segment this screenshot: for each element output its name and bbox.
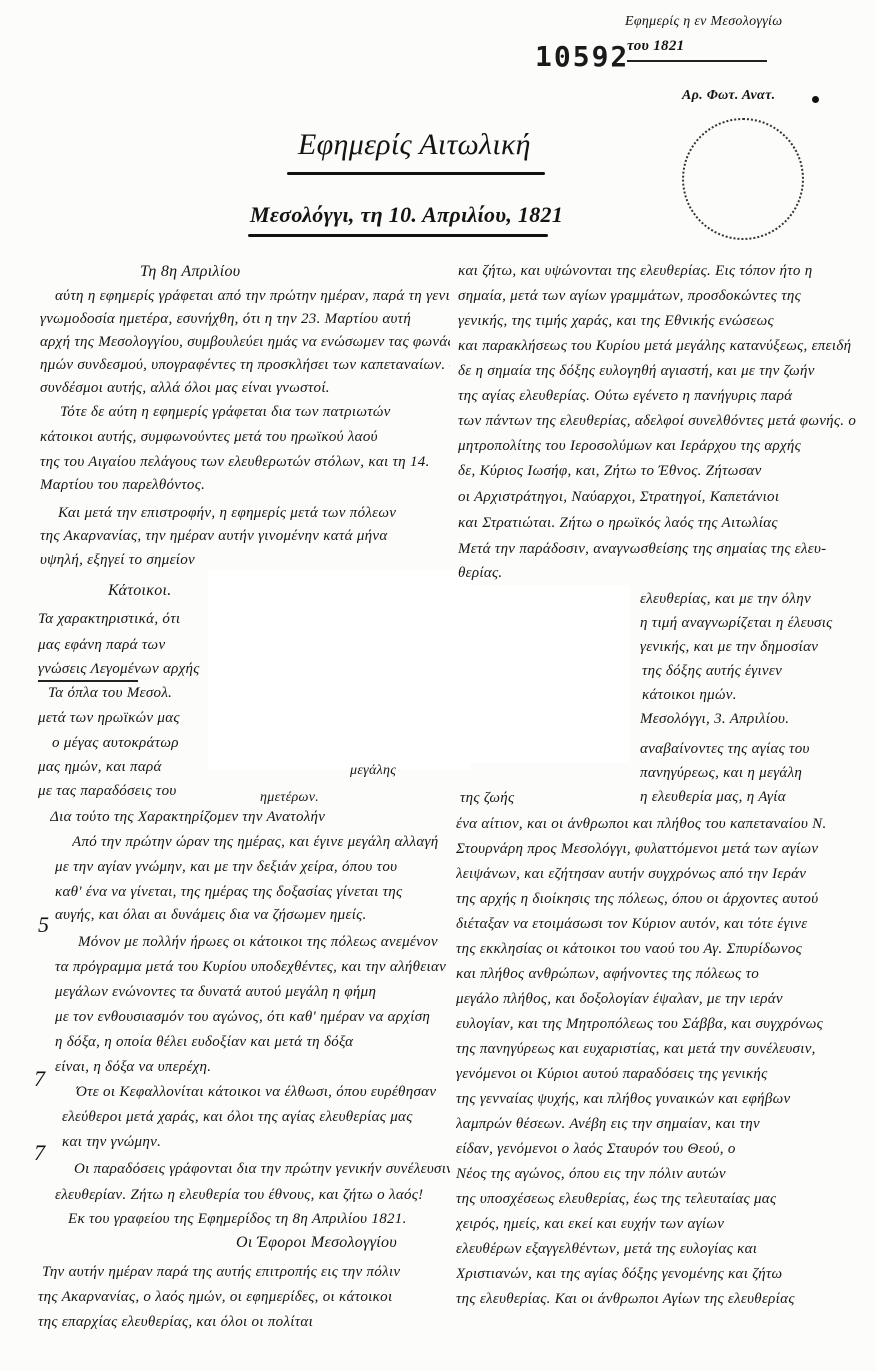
left-line: μεγάλων ενώνοντες τα δυνατά αυτού μεγάλη… [55, 983, 450, 1001]
left-line: αυγής, και όλαι αι δυνάμεις δια να ζήσωμ… [55, 906, 385, 924]
masthead-dateline-underline [248, 234, 548, 237]
left-line: Τότε δε αύτη η εφημερίς γράφεται δια των… [60, 403, 450, 421]
right-fragment-line: η τιμή αναγνωρίζεται η έλευσις [640, 614, 858, 632]
fragment-underline [38, 680, 138, 682]
archive-number: 10592 [535, 40, 629, 73]
left-line: Δια τούτο της Χαρακτηρίζομεν την Ανατολή… [50, 808, 450, 826]
right-fragment-line: Μεσολόγγι, 3. Απριλίου. [640, 710, 858, 728]
left-line: Μόνον με πολλήν ήρωες οι κάτοικοι της πό… [78, 933, 450, 951]
right-line: μεγάλο πλήθος, και δοξολογίαν έψαλαν, με… [456, 990, 858, 1008]
fragment-line: μας ημών, και παρά [38, 758, 208, 776]
fragment-heading: Κάτοικοι. [108, 582, 172, 600]
masthead-title-underline [287, 172, 545, 175]
right-line: είδαν, γενόμενοι ο λαός Σταυρόν του Θεού… [456, 1140, 858, 1158]
left-line: Και μετά την επιστροφήν, η εφημερίς μετά… [58, 504, 450, 522]
left-section-heading: Τη 8η Απριλίου [140, 263, 240, 281]
right-line: γενόμενοι οι Κύριοι αυτού παραδόσεις της… [456, 1065, 858, 1083]
right-line: και Στρατιώται. Ζήτω ο ηρωϊκός λαός της … [458, 514, 858, 532]
right-line: ελευθέρων εξαγγελθέντων, μετά της ευλογί… [456, 1240, 858, 1258]
right-line: και ζήτω, και υψώνονται της ελευθερίας. … [458, 262, 858, 280]
right-line: λαμπρών θέσεων. Ανέβη εις την σημαίαν, κ… [456, 1115, 858, 1133]
archive-note-line1: Εφημερίς η εν Μεσολογγίω [625, 14, 782, 30]
right-line: και πλήθος ανθρώπων, αφήνοντες της πόλεω… [456, 965, 858, 983]
right-line: Χριστιανών, και της αγίας δόξης γενομένη… [456, 1265, 858, 1283]
right-line: Μετά την παράδοσιν, αναγνωσθείσης της ση… [458, 540, 858, 558]
right-line: θερίας. [458, 564, 578, 582]
right-line: ευλογίαν, και της Μητροπόλεως του Σάββα,… [456, 1015, 858, 1033]
left-line: Οι παραδόσεις γράφονται δια την πρώτην γ… [74, 1160, 450, 1178]
right-line: της εκκλησίας οι κάτοικοι του ναού του Α… [456, 940, 858, 958]
masthead-dateline: Μεσολόγγι, τη 10. Απριλίου, 1821 [250, 202, 563, 228]
left-line: Εκ του γραφείου της Εφημερίδος τη 8η Απρ… [68, 1210, 450, 1228]
left-line: η δόξα, η οποία θέλει ευδοξίαν και μετά … [55, 1033, 450, 1051]
right-fragment-line: της δόξης αυτής έγινεν [642, 662, 858, 680]
right-line: Στουρνάρη προς Μεσολόγγι, φυλαττόμενοι μ… [456, 840, 858, 858]
right-line: Νέος της αγώνος, όπου εις την πόλιν αυτώ… [456, 1165, 858, 1183]
fragment-line: μετά των ηρωϊκών μας [38, 709, 208, 727]
right-line: της γενναίας ψυχής, και πλήθος γυναικών … [456, 1090, 858, 1108]
center-fragment: ημετέρων. [260, 790, 319, 806]
right-line: δε η σημαία της δόξης ευλογηθή αγιαστή, … [458, 362, 858, 380]
margin-mark: 7 [34, 1140, 45, 1166]
fragment-line: με τας παραδόσεις του [38, 782, 208, 800]
right-line: και παρακλήσεως του Κυρίου μετά μεγάλης … [458, 337, 858, 355]
left-line: με τον ενθουσιασμόν του αγώνος, ότι καθ'… [55, 1008, 450, 1026]
right-line: δε, Κύριος Ιωσήφ, και, Ζήτω το Έθνος. Ζή… [458, 462, 858, 480]
right-fragment-line: γενικής, και με την δημοσίαν [640, 638, 858, 656]
masthead-title: Εφημερίς Αιτωλική [298, 128, 531, 162]
left-line: Την αυτήν ημέραν παρά της αυτής επιτροπή… [42, 1263, 452, 1281]
margin-mark: 7 [34, 1066, 45, 1092]
left-line: ημών συνδεσμού, υπογραφέντες τη προσκλήσ… [40, 356, 450, 374]
archive-stamp-icon [682, 118, 804, 240]
right-fragment-line: κάτοικοι ημών. [642, 686, 858, 704]
left-line: Ότε οι Κεφαλλονίται κάτοικοι να έλθωσι, … [76, 1083, 450, 1101]
left-line: είναι, η δόξα να υπερέχη. [55, 1058, 355, 1076]
right-fragment-line: ελευθερίας, και με την όλην [640, 590, 858, 608]
left-line: και την γνώμην. [62, 1133, 262, 1151]
manuscript-page: 10592 Εφημερίς η εν Μεσολογγίω του 1821 … [0, 0, 876, 1371]
left-line: αύτη η εφημερίς γράφεται από την πρώτην … [55, 287, 450, 305]
right-line: λειψάνων, και εζήτησαν αυτήν συγχρόνως α… [456, 865, 858, 883]
right-fragment-line: πανηγύρεως, και η μεγάλη [640, 764, 858, 782]
archive-note-line2: του 1821 [627, 38, 684, 55]
left-line: της Ακαρνανίας, την ημέραν αυτήν γινομέν… [40, 527, 450, 545]
fragment-line: μας εφάνη παρά των [38, 636, 208, 654]
right-line: της αρχής η διοίκησις της πόλεως, όπου ο… [456, 890, 858, 908]
margin-mark: 5 [38, 912, 49, 938]
blank-region [208, 570, 470, 770]
right-line: οι Αρχιστράτηγοι, Ναύαρχοι, Στρατηγοί, Κ… [458, 488, 858, 506]
left-line: της Ακαρνανίας, ο λαός ημών, οι εφημερίδ… [38, 1288, 452, 1306]
archive-note-underline [627, 60, 767, 62]
left-line: της του Αιγαίου πελάγους των ελευθερωτών… [40, 453, 450, 471]
right-line: της ελευθερίας. Και οι άνθρωποι Αγίων τη… [456, 1290, 858, 1308]
left-line: ελεύθεροι μετά χαράς, και όλοι της αγίας… [62, 1108, 450, 1126]
fragment-line: Τα όπλα του Μεσολ. [48, 684, 208, 702]
right-fragment-line: αναβαίνοντες της αγίας του [640, 740, 858, 758]
fragment-line: γνώσεις Λεγομένων αρχής [38, 660, 208, 678]
right-line: χειρός, ημείς, και εκεί και ευχήν των αγ… [456, 1215, 858, 1233]
right-line: της υποσχέσεως ελευθερίας, έως της τελευ… [456, 1190, 858, 1208]
left-line: υψηλή, εξηγεί το σημείον [40, 551, 200, 569]
blank-region [470, 585, 630, 763]
fragment-line: Τα χαρακτηριστικά, ότι [38, 610, 208, 628]
right-line: διέταξαν να ετοιμάσωσι τον Κύριον αυτόν,… [456, 915, 858, 933]
left-line: ελευθερίαν. Ζήτω η ελευθερία του έθνους,… [55, 1186, 450, 1204]
archive-note-line3: Αρ. Φωτ. Ανατ. [682, 88, 775, 104]
left-line: καθ' ένα να γίνεται, της ημέρας της δοξα… [55, 883, 450, 901]
left-line: γνωμοδοσία ημετέρα, εσυνήχθη, ότι η την … [40, 310, 450, 328]
left-line: κάτοικοι αυτής, συμφωνούντες μετά του ηρ… [40, 428, 450, 446]
left-line: τα πρόγραμμα μετά του Κυρίου υποδεχθέντε… [55, 958, 450, 976]
right-line: σημαία, μετά των αγίων γραμμάτων, προσδο… [458, 287, 858, 305]
fragment-line: ο μέγας αυτοκράτωρ [52, 734, 208, 752]
right-line: της πανηγύρεως και ευχαριστίας, και μετά… [456, 1040, 858, 1058]
ink-dot [812, 96, 819, 103]
signature: Οι Έφοροι Μεσολογγίου [236, 1234, 397, 1252]
right-line: της αγίας ελευθερίας. Ούτω εγένετο η παν… [458, 387, 858, 405]
right-lower-start: της ζωής [460, 790, 514, 807]
left-line: αρχή της Μεσολογγίου, συμβουλεύει ημάς ν… [40, 333, 450, 351]
right-line: γενικής, της τιμής χαράς, και της Εθνική… [458, 312, 858, 330]
right-line: των πάντων της ελευθερίας, αδελφοί συνελ… [458, 412, 858, 430]
right-line: ένα αίτιον, και οι άνθρωποι και πλήθος τ… [456, 815, 858, 833]
right-fragment-line: η ελευθερία μας, η Αγία [640, 788, 858, 806]
left-line: με την αγίαν γνώμην, και με την δεξιάν χ… [55, 858, 450, 876]
left-line: Από την πρώτην ώραν της ημέρας, και έγιν… [72, 833, 452, 851]
left-line: συνδέσμοι αυτής, αλλά όλοι μας είναι γνω… [40, 379, 340, 397]
right-line: μητροπολίτης του Ιεροσολύμων και Ιεράρχο… [458, 437, 858, 455]
left-line: Μαρτίου του παρελθόντος. [40, 476, 240, 494]
left-line: της επαρχίας ελευθερίας, και όλοι οι πολ… [38, 1313, 452, 1331]
center-fragment: μεγάλης [350, 763, 396, 779]
